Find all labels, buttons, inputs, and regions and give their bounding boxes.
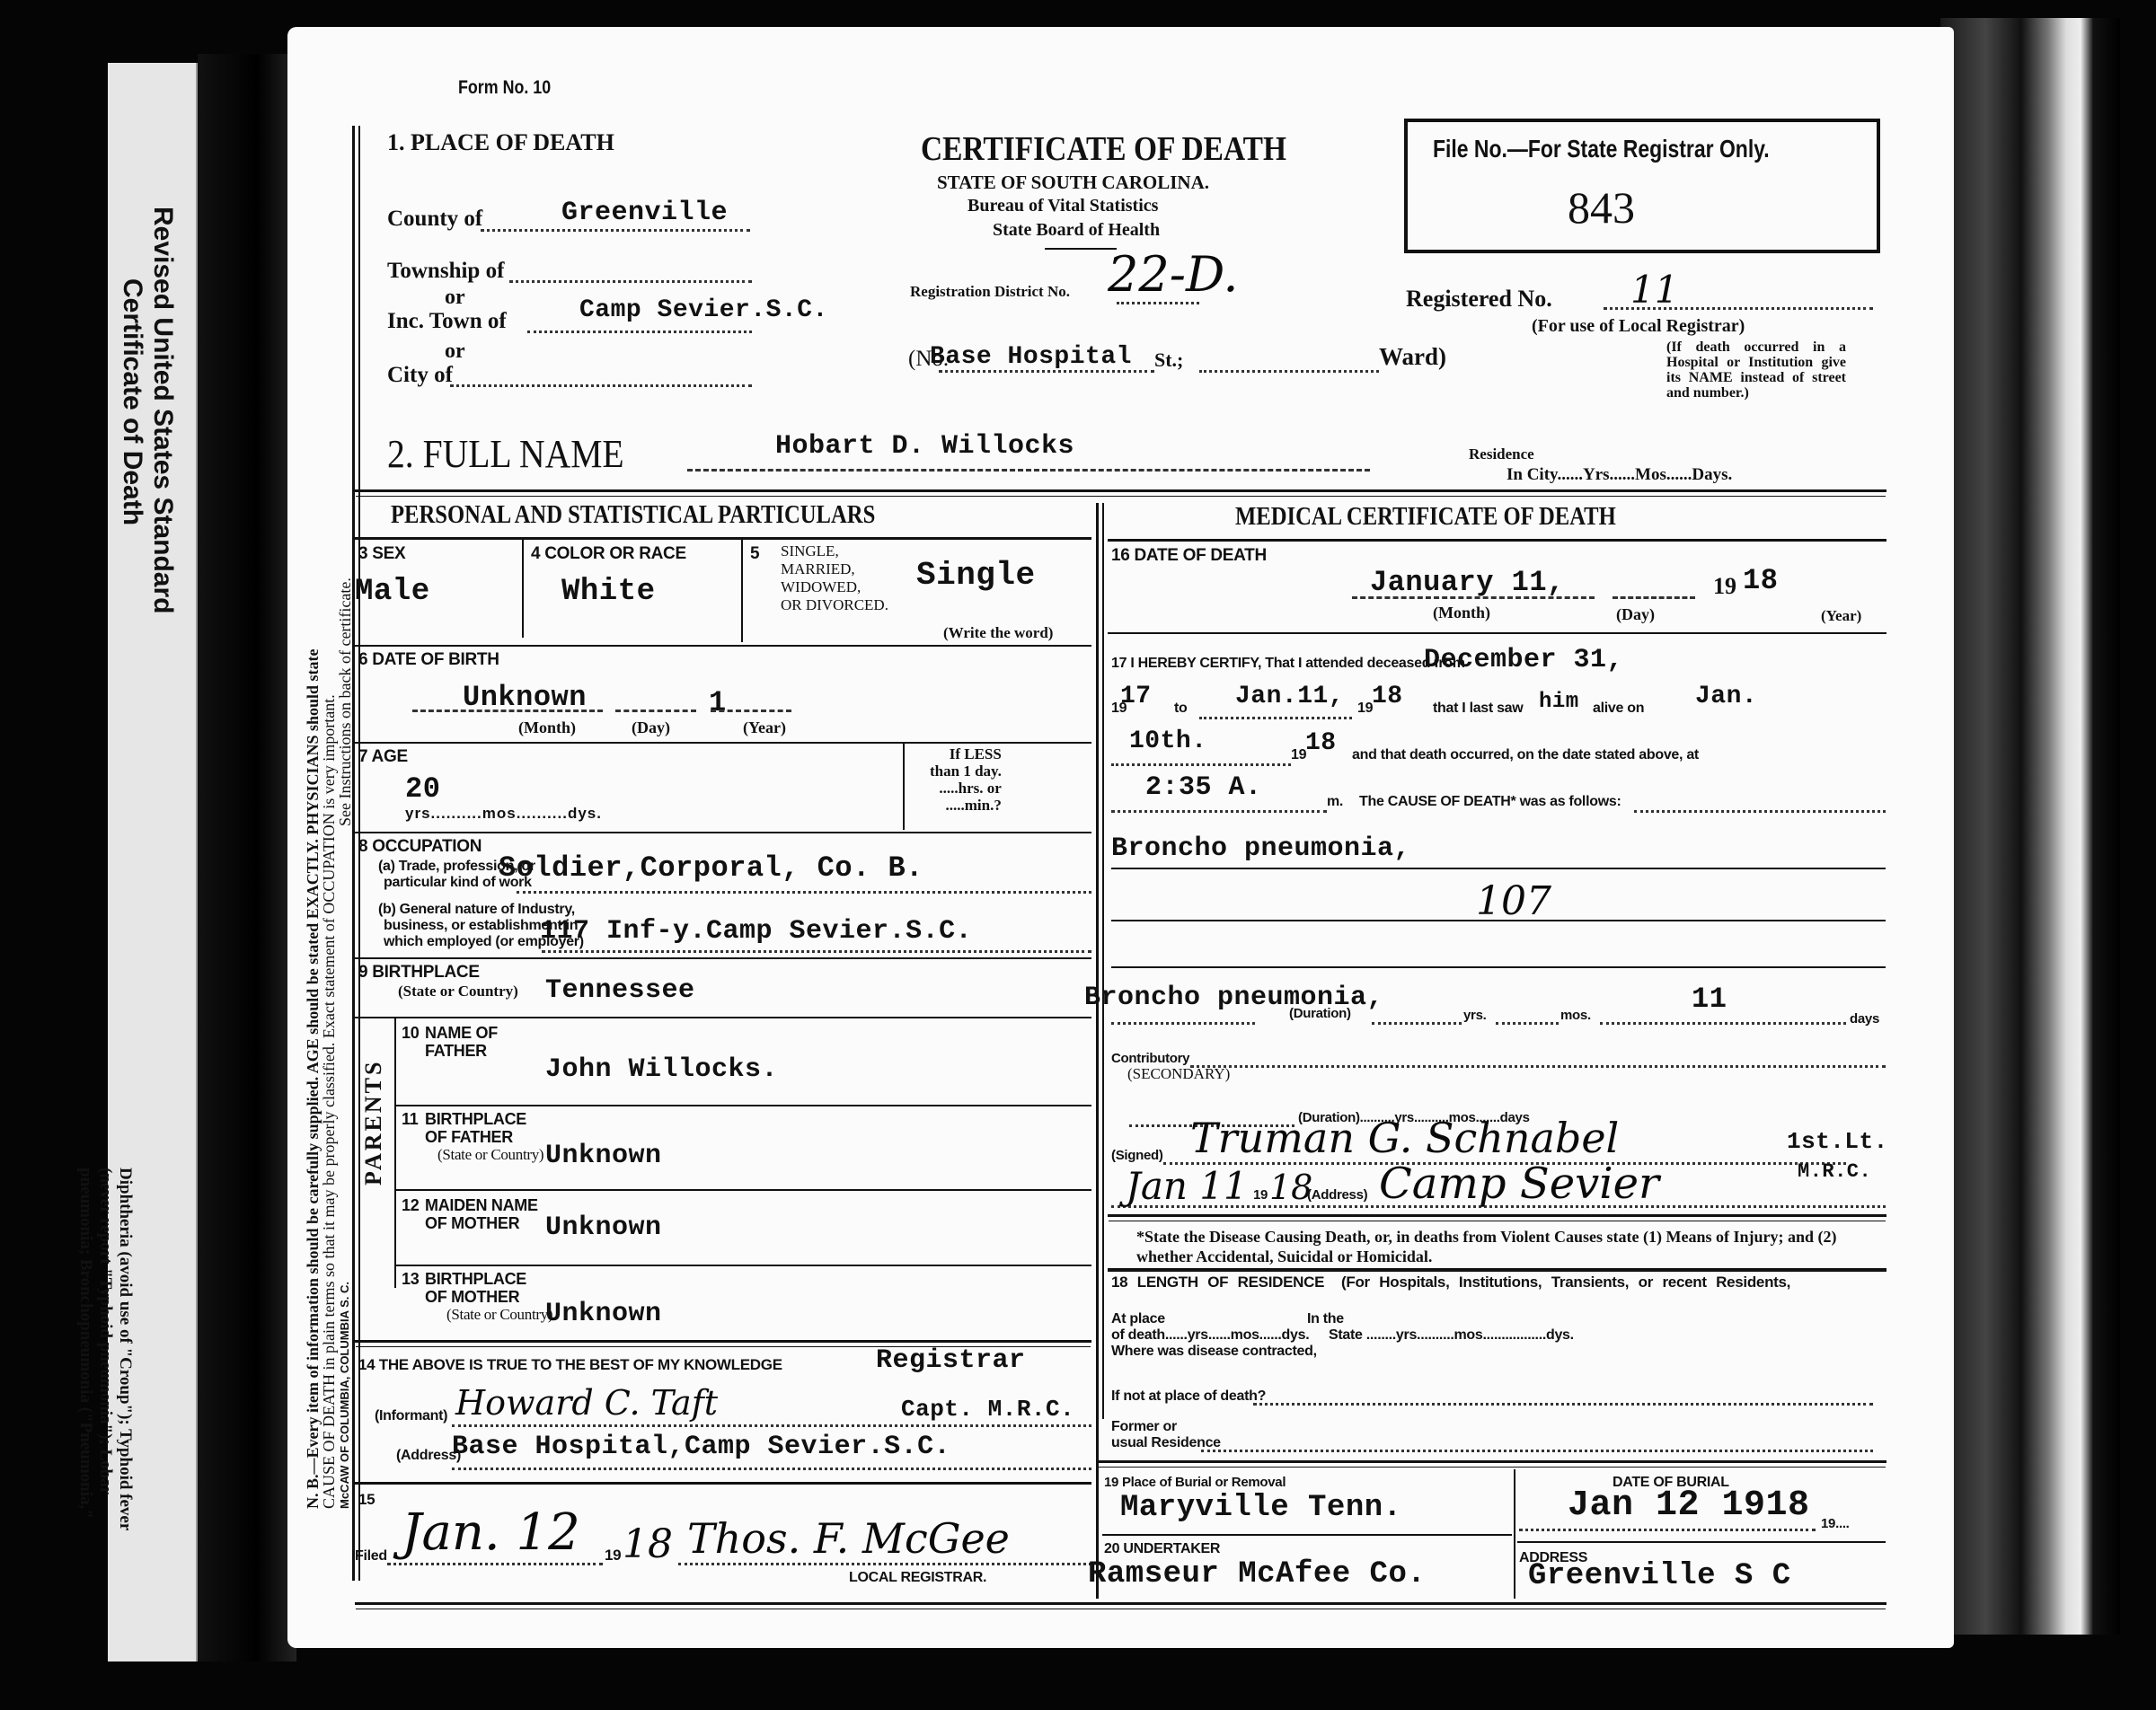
age-divider [903, 744, 905, 830]
duration-yrs-label: yrs. [1463, 1008, 1487, 1023]
strip-note: Diphtheria (avoid use of "Croup"); Typho… [75, 1168, 135, 1530]
duration-mos-label: mos. [1560, 1008, 1591, 1023]
age-label: 7 AGE [358, 747, 408, 767]
full-name-value: Hobart D. Willocks [775, 431, 1074, 462]
cause-rule [1111, 868, 1886, 869]
label-line: MAIDEN NAME [425, 1196, 538, 1214]
filed-label: Filed [355, 1548, 387, 1565]
father-name-label-line: NAME OF [425, 1024, 498, 1042]
dob-year-value: 1 [709, 686, 727, 719]
informant-statement: 14 THE ABOVE IS TRUE TO THE BEST OF MY K… [358, 1356, 782, 1374]
less-than-day: If LESS than 1 day. .....hrs. or .....mi… [930, 745, 1002, 814]
item-number: 11 [402, 1110, 418, 1128]
at-place-label: At place [1111, 1311, 1165, 1327]
city-line [450, 384, 752, 387]
center-divider [1096, 503, 1099, 1599]
full-name-line [687, 469, 1370, 472]
date-of-death-label: 16 DATE OF DEATH [1111, 546, 1267, 566]
board-name: State Board of Health [993, 220, 1160, 241]
township-label: Township of [387, 259, 504, 284]
occupation-a-line [517, 891, 1091, 894]
form-bottom-rule [355, 1602, 1886, 1605]
occupation-b-line [542, 950, 1091, 953]
duration-mos-line [1496, 1022, 1559, 1025]
label-line: BIRTHPLACE [425, 1110, 526, 1128]
or-label: or [445, 286, 465, 310]
father-name-label-line: FATHER [425, 1042, 487, 1060]
attended-to-date: Jan.11, [1235, 683, 1344, 710]
death-occurred-text: and that death occurred, on the date sta… [1352, 747, 1699, 763]
primary-cause-line [1111, 1022, 1255, 1025]
parents-bottom-rule [355, 1340, 1091, 1343]
father-birthplace-value: Unknown [545, 1141, 662, 1171]
burial-date-rule [1517, 1541, 1886, 1543]
row-rule [355, 957, 1091, 959]
undertaker-address-value: Greenville S C [1528, 1559, 1791, 1593]
city-label: City of [387, 363, 453, 388]
less-than-day-line: .....min.? [930, 797, 1002, 814]
strip-note-line: (never report "Typhoid pneumonia"); Loba… [95, 1168, 115, 1530]
where-contracted-label: Where was disease contracted, [1111, 1344, 1317, 1360]
burial-date-value: Jan 12 1918 [1568, 1485, 1810, 1526]
race-label: 4 COLOR OR RACE [531, 544, 686, 564]
file-number: 843 [1568, 181, 1635, 234]
father-birthplace-label: 11 BIRTHPLACE OF FATHER (State or Countr… [402, 1110, 418, 1128]
filed-date-line [387, 1563, 603, 1565]
parents-vertical-label: PARENTS [360, 1060, 387, 1186]
secondary-label: (SECONDARY) [1127, 1065, 1230, 1083]
dob-month-line [412, 710, 603, 712]
less-than-day-line: If LESS [930, 745, 1002, 762]
signed-label: (Signed) [1111, 1148, 1163, 1163]
state-name: STATE OF SOUTH CAROLINA. [937, 172, 1209, 194]
registered-number-label: Registered No. [1406, 286, 1552, 313]
marital-value: Single [916, 557, 1036, 594]
label-line: (State or Country) [446, 1306, 552, 1324]
item-number: 10 [402, 1024, 419, 1042]
row-rule [396, 1189, 1091, 1191]
center-divider-inner [1102, 503, 1104, 1419]
form-number: Form No. 10 [458, 77, 551, 99]
physician-corps: M.R.C. [1798, 1160, 1871, 1183]
death-certificate-form: Form No. 10 1. PLACE OF DEATH CERTIFICAT… [355, 54, 1891, 1617]
printer-imprint: McCAW OF COLUMBIA, COLUMBIA S. C. [338, 1087, 351, 1509]
filed-number: 15 [358, 1491, 375, 1509]
duration-days-label: days [1850, 1011, 1879, 1027]
cause-rule [1111, 966, 1886, 968]
informant-address-line [452, 1468, 1091, 1470]
attended-to-line [1199, 717, 1352, 719]
dob-day-caption: (Day) [632, 718, 670, 737]
less-than-day-line: .....hrs. or [930, 780, 1002, 797]
dob-year-caption: (Year) [743, 718, 786, 737]
age-value: 20 [405, 772, 440, 806]
residence-bottom-rule [1096, 1460, 1886, 1463]
contributory-label: Contributory [1111, 1051, 1189, 1066]
last-saw-year: 18 [1305, 729, 1337, 757]
street-suffix: St.; [1154, 348, 1183, 372]
date-of-death-value: January 11, [1370, 566, 1565, 599]
dod-month-line [1352, 596, 1595, 599]
burial-date-line [1519, 1529, 1816, 1531]
row-rule [396, 1265, 1091, 1266]
cause-footnote: *State the Disease Causing Death, or, in… [1136, 1227, 1882, 1266]
town-label: Inc. Town of [387, 309, 507, 334]
length-of-residence-note: (For Hospitals, Institutions, Transients… [1341, 1274, 1790, 1291]
year-prefix: 19 [1291, 747, 1306, 763]
local-registrar-note: (For use of Local Registrar) [1532, 316, 1745, 337]
cause-of-death-label: The CAUSE OF DEATH* was as follows: [1359, 794, 1621, 810]
registrar-signature: Thos. F. McGee [687, 1514, 1010, 1563]
informant-bottom-rule [355, 1482, 1091, 1485]
former-residence-line [1201, 1450, 1873, 1452]
strip-title: Revised United States Standard Certifica… [117, 207, 178, 613]
race-marital-divider [741, 539, 743, 642]
mother-birthplace-value: Unknown [545, 1299, 662, 1329]
signed-date: Jan 11 [1126, 1164, 1248, 1208]
attended-from-year: 17 [1120, 683, 1152, 710]
dod-year-prefix: 19 [1713, 573, 1736, 600]
race-value: White [561, 575, 656, 609]
birthplace-value: Tennessee [545, 975, 695, 1006]
signature-rule [1108, 1214, 1886, 1217]
place-of-death-label: 1. PLACE OF DEATH [387, 129, 614, 156]
burial-place-label: 19 Place of Burial or Removal [1104, 1475, 1286, 1490]
last-saw-date-2: 10th. [1129, 727, 1207, 755]
year-prefix: 19 [1357, 701, 1373, 717]
in-state-duration: State ........yrs..........mos..........… [1329, 1327, 1574, 1344]
page-edges [1940, 18, 2120, 1635]
burial-year-suffix: 19.... [1821, 1516, 1850, 1531]
town-value: Camp Sevier.S.C. [579, 296, 828, 324]
undertaker-label: 20 UNDERTAKER [1104, 1541, 1220, 1557]
sex-label: 3 SEX [358, 544, 405, 564]
file-number-box: File No.—For State Registrar Only. 843 [1404, 119, 1880, 253]
filed-year: 18 [623, 1521, 673, 1567]
attended-to-year: 18 [1372, 683, 1403, 710]
informant-title: Capt. M.R.C. [901, 1396, 1074, 1423]
year-prefix: 19 [1253, 1187, 1268, 1203]
file-box-label: File No.—For State Registrar Only. [1433, 135, 1770, 163]
former-residence-label: Former or [1111, 1419, 1177, 1435]
marital-options: SINGLE, MARRIED, WIDOWED, OR DIVORCED. [781, 542, 888, 614]
occupation-b-value: 117 Inf-y.Camp Sevier.S.C. [540, 916, 972, 947]
label-line: OF MOTHER [425, 1214, 519, 1232]
burial-rule [1102, 1534, 1512, 1536]
registrar-signature-line [678, 1563, 1091, 1565]
cause-of-death-value: Broncho pneumonia, [1111, 833, 1410, 864]
ward-label: Ward) [1379, 343, 1446, 371]
occupation-a-value: Soldier,Corporal, Co. B. [499, 851, 923, 885]
birthplace-sublabel: (State or Country) [398, 983, 518, 1000]
label-line: OF FATHER [425, 1128, 513, 1146]
last-saw-pronoun: him [1539, 690, 1579, 714]
time-line [1111, 810, 1327, 813]
registration-district-label: Registration District No. [910, 283, 1070, 301]
medical-heading-rule [1108, 539, 1886, 542]
registration-district-value: 22-D. [1108, 246, 1239, 303]
township-line [509, 280, 752, 283]
marital-option: WIDOWED, [781, 578, 888, 596]
father-name-label: 10 NAME OF FATHER [402, 1024, 419, 1042]
row-rule [355, 1017, 1091, 1018]
cause-code: 107 [1476, 878, 1551, 924]
duration-days-value: 11 [1692, 983, 1727, 1016]
town-line [527, 331, 752, 333]
in-state-label: In the [1307, 1311, 1344, 1327]
local-registrar-caption: LOCAL REGISTRAR. [849, 1570, 986, 1586]
county-line [481, 229, 750, 232]
marital-option: OR DIVORCED. [781, 596, 888, 614]
row-rule [355, 832, 1091, 833]
to-label: to [1174, 701, 1188, 717]
marital-option: SINGLE, [781, 542, 888, 560]
county-value: Greenville [561, 198, 728, 228]
full-name-label: 2. FULL NAME [387, 431, 624, 477]
dob-year-line [711, 710, 791, 712]
label-line: OF MOTHER [425, 1288, 519, 1306]
dod-month-caption: (Month) [1433, 604, 1490, 622]
informant-signature: Howard C. Taft [455, 1383, 718, 1423]
binding-shadow [198, 54, 296, 1662]
certify-text: 17 I HEREBY CERTIFY, That I attended dec… [1111, 656, 1465, 672]
if-not-place-label: If not at place of death? [1111, 1388, 1266, 1405]
residence-in-city: In City......Yrs......Mos......Days. [1507, 465, 1732, 485]
duration-label: (Duration) [1289, 1006, 1351, 1021]
residence-label: Residence [1469, 445, 1534, 463]
filed-date: Jan. 12 [402, 1503, 580, 1562]
last-saw-text: that I last saw [1433, 701, 1523, 717]
contributory-line [1190, 1065, 1886, 1068]
cause-line [1634, 810, 1886, 813]
registrar-stamp: Registrar [876, 1345, 1026, 1376]
father-name-value: John Willocks. [545, 1054, 778, 1085]
dob-month-caption: (Month) [518, 718, 576, 737]
medical-heading: MEDICAL CERTIFICATE OF DEATH [1235, 503, 1616, 532]
name-divider [355, 489, 1886, 492]
duration-yrs-line [1372, 1022, 1462, 1025]
personal-heading-rule [355, 537, 1091, 540]
footnote-rule [1108, 1268, 1886, 1272]
sex-value: Male [355, 575, 430, 609]
informant-line [452, 1424, 1091, 1427]
time-suffix: m. [1327, 794, 1343, 810]
street-value: Base Hospital [930, 343, 1132, 371]
burial-place-value: Maryville Tenn. [1120, 1491, 1402, 1525]
less-than-day-line: than 1 day. [930, 762, 1002, 780]
dob-label: 6 DATE OF BIRTH [358, 650, 499, 670]
registered-number-value: 11 [1630, 268, 1678, 312]
ward-line [1199, 370, 1379, 373]
mother-name-value: Unknown [545, 1212, 662, 1243]
label-line: (State or Country) [437, 1146, 543, 1164]
sex-race-divider [522, 539, 524, 638]
or-label: or [445, 339, 465, 364]
birthplace-label: 9 BIRTHPLACE [358, 963, 480, 983]
strip-note-line: pneumonia; Bronchopneumonia ("Pneumonia,… [75, 1168, 95, 1530]
time-of-death: 2:35 A. [1145, 772, 1262, 803]
strip-note-line: Diphtheria (avoid use of "Croup"); Typho… [115, 1168, 135, 1530]
last-saw-date: Jan. [1695, 683, 1757, 710]
bureau-name: Bureau of Vital Statistics [968, 196, 1158, 216]
personal-heading: PERSONAL AND STATISTICAL PARTICULARS [391, 501, 875, 530]
age-units: yrs..........mos..........dys. [405, 805, 602, 823]
mother-birthplace-label: 13 BIRTHPLACE OF MOTHER (State or Countr… [402, 1270, 419, 1288]
item-number: 12 [402, 1196, 419, 1214]
county-label: County of [387, 207, 482, 232]
title-rule [1045, 248, 1117, 250]
margin-instructions: N. B.—Every item of information should b… [304, 162, 358, 1509]
dob-day-line [615, 710, 696, 712]
dod-year-caption: (Year) [1821, 607, 1861, 625]
burial-divider [1514, 1469, 1515, 1599]
marital-label-number: 5 [750, 544, 759, 564]
hospital-note: (If death occurred in a Hospital or Inst… [1666, 339, 1846, 401]
strip-title-line2: Certificate of Death [117, 207, 147, 613]
length-of-residence-label: 18 LENGTH OF RESIDENCE [1111, 1274, 1324, 1291]
duration-days-line [1600, 1022, 1846, 1025]
last-saw-line [1111, 763, 1291, 766]
attended-from-date: December 31, [1424, 645, 1623, 675]
mother-name-label: 12 MAIDEN NAME OF MOTHER [402, 1196, 419, 1214]
physician-address: Camp Sevier [1379, 1159, 1659, 1209]
dod-day-caption: (Day) [1616, 605, 1655, 624]
informant-address-value: Base Hospital,Camp Sevier.S.C. [452, 1432, 950, 1462]
cause-rule [1111, 920, 1886, 921]
row-rule [355, 645, 1091, 647]
row-rule [396, 1105, 1091, 1106]
marital-write-note: (Write the word) [943, 624, 1053, 642]
certificate-title: CERTIFICATE OF DEATH [921, 129, 1286, 169]
item-number: 13 [402, 1270, 419, 1288]
alive-on-label: alive on [1593, 701, 1644, 717]
parents-divider [394, 1018, 396, 1288]
dod-year-value: 18 [1743, 564, 1778, 597]
marital-option: MARRIED, [781, 560, 888, 578]
strip-title-line1: Revised United States Standard [147, 207, 178, 613]
filed-year-prefix: 19 [605, 1547, 621, 1565]
physician-signature: Truman G. Schnabel [1190, 1114, 1619, 1162]
row-rule [355, 742, 1091, 744]
dod-day-line [1613, 596, 1695, 599]
occupation-label: 8 OCCUPATION [358, 837, 482, 857]
label-line: BIRTHPLACE [425, 1270, 526, 1288]
if-not-place-line [1253, 1403, 1873, 1406]
informant-label: (Informant) [375, 1408, 447, 1424]
undertaker-value: Ramseur McAfee Co. [1088, 1557, 1426, 1591]
physician-rank: 1st.Lt. [1787, 1128, 1888, 1155]
physician-address-label: (Address) [1307, 1187, 1367, 1203]
at-place-duration: of death......yrs......mos......dys. [1111, 1327, 1309, 1344]
row-rule [1108, 632, 1886, 634]
